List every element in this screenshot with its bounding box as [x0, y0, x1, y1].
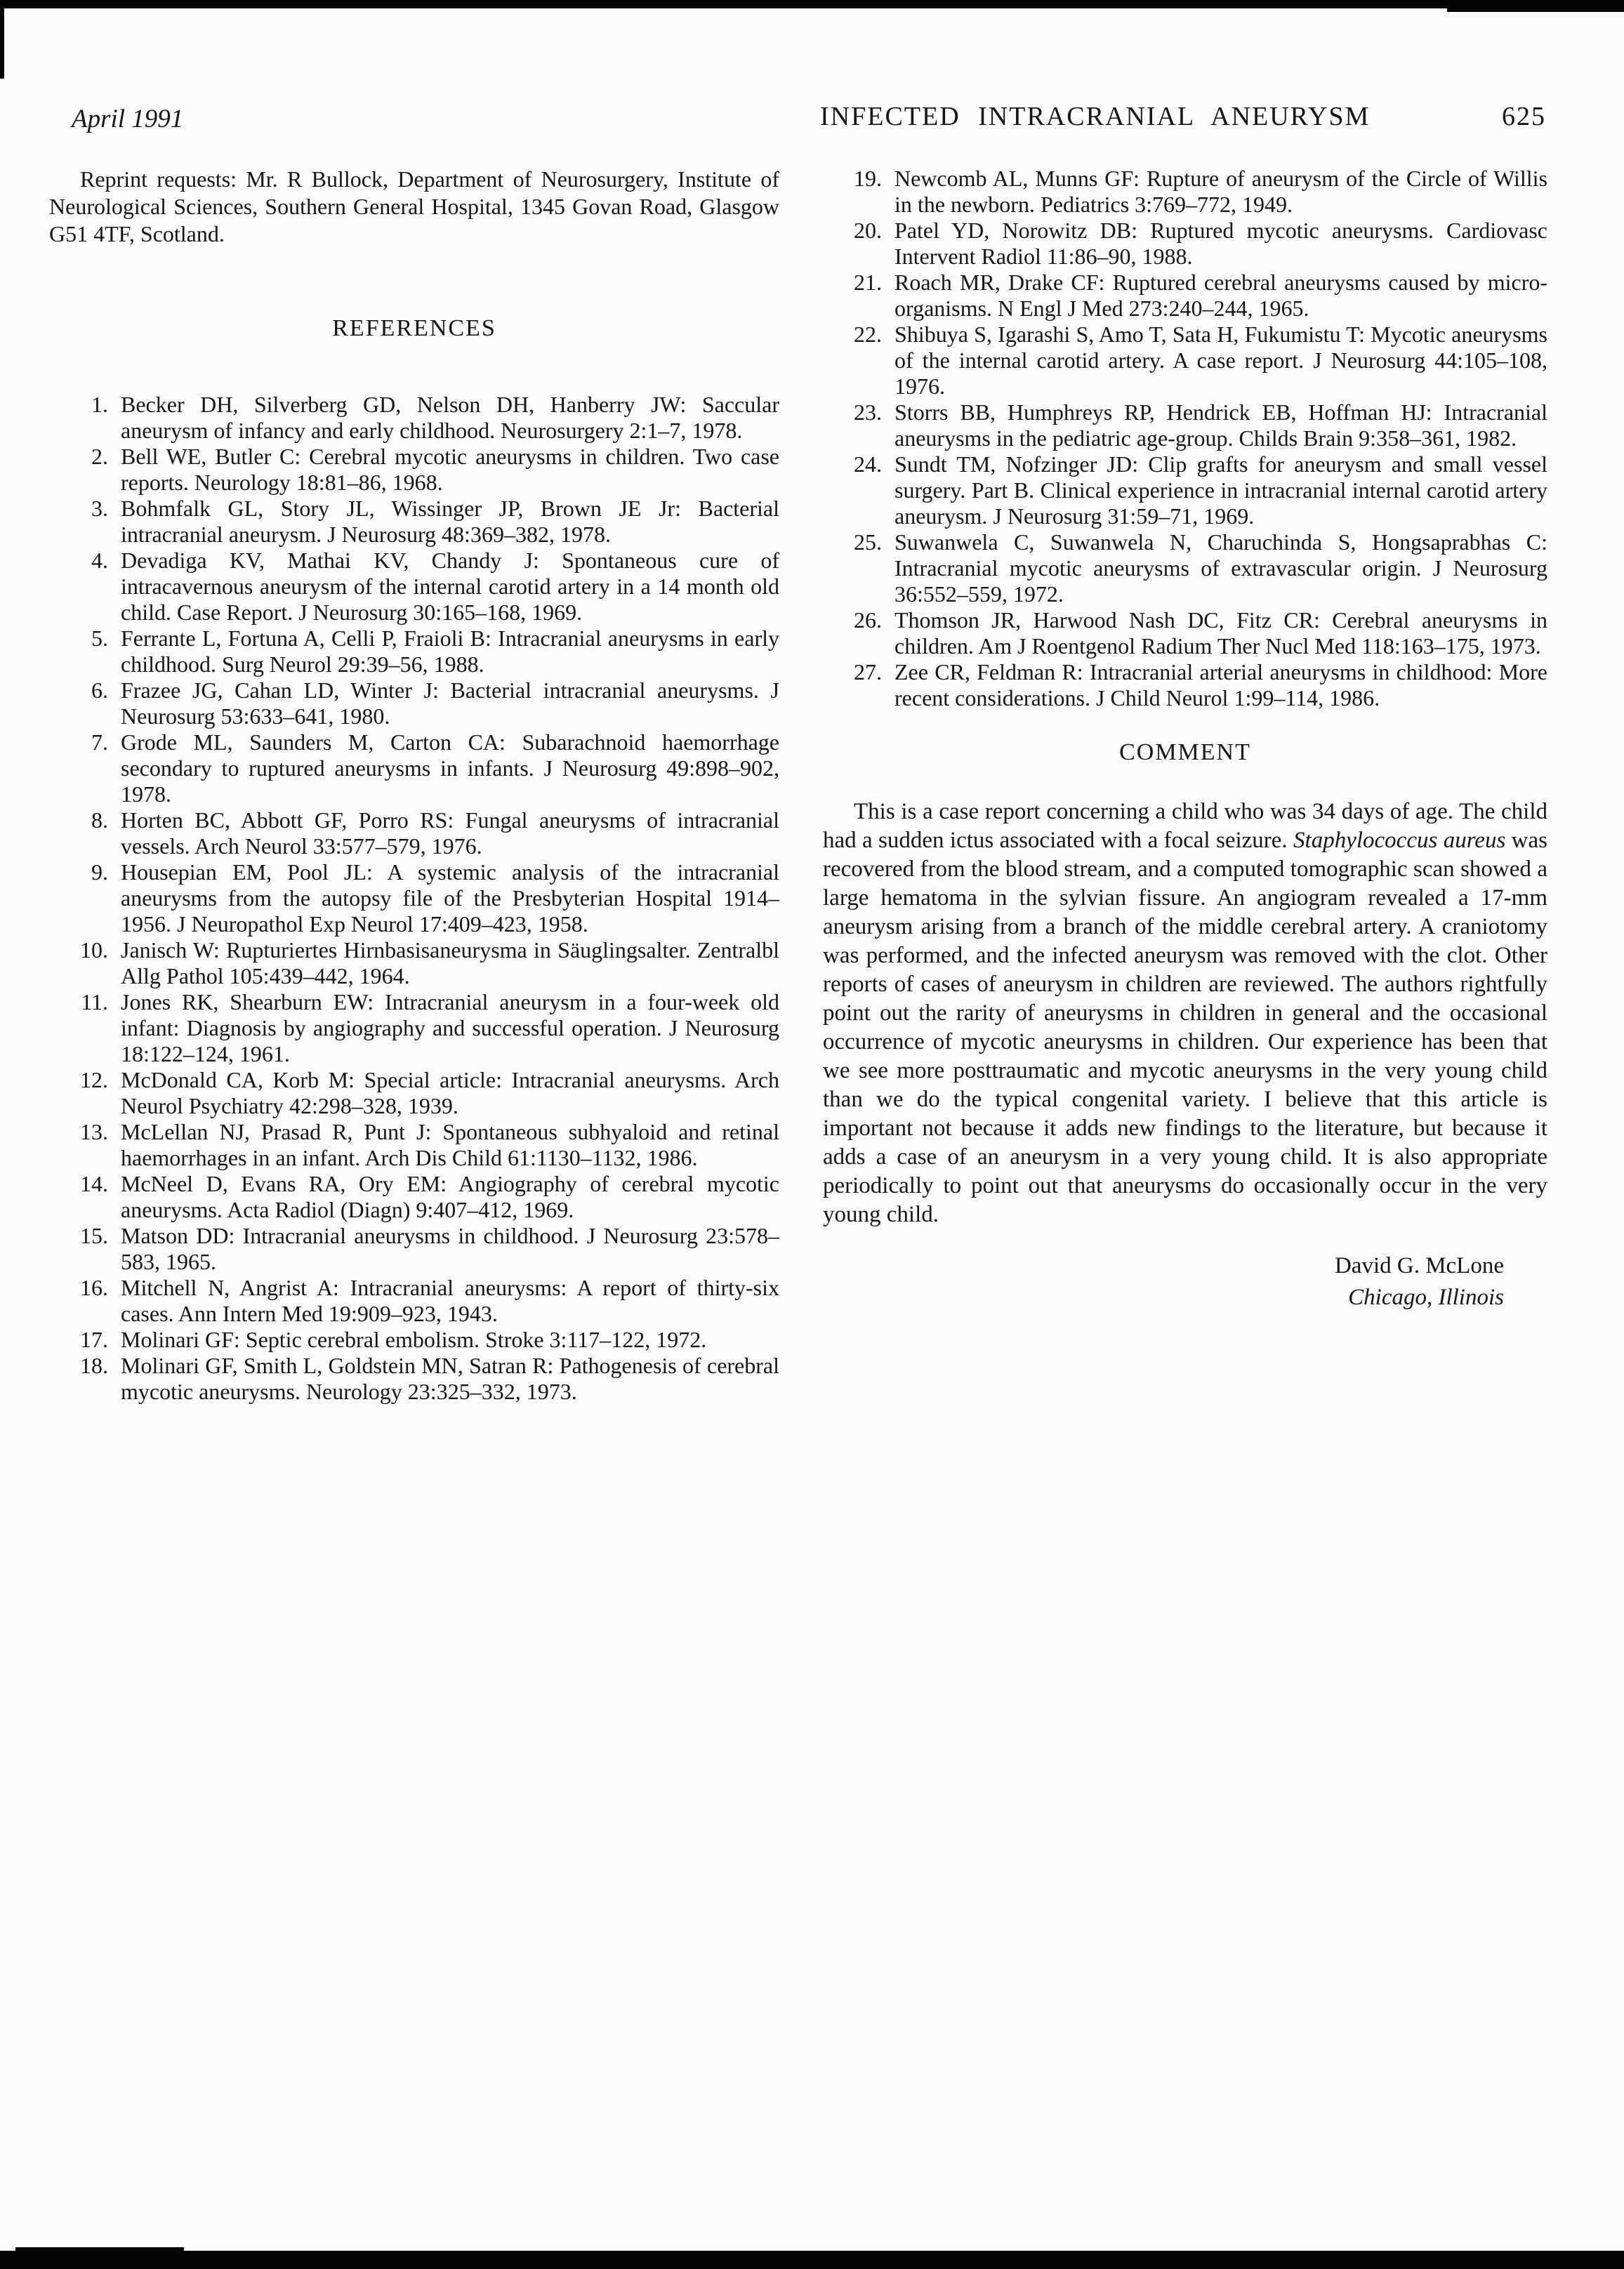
reference-item: 18.Molinari GF, Smith L, Goldstein MN, S… [49, 1353, 779, 1405]
running-head: INFECTED INTRACRANIAL ANEURYSM 625 [820, 101, 1546, 132]
reference-number: 10. [49, 937, 108, 963]
reference-text: Bell WE, Butler C: Cerebral mycotic aneu… [121, 444, 779, 495]
reference-item: 11.Jones RK, Shearburn EW: Intracranial … [49, 989, 779, 1067]
reference-text: Molinari GF, Smith L, Goldstein MN, Satr… [121, 1353, 779, 1404]
reference-item: 25.Suwanwela C, Suwanwela N, Charuchinda… [823, 529, 1547, 607]
comment-paragraph: This is a case report concerning a child… [823, 798, 1547, 1229]
reference-item: 7.Grode ML, Saunders M, Carton CA: Subar… [49, 729, 779, 807]
reference-text: Sundt TM, Nofzinger JD: Clip grafts for … [894, 451, 1547, 529]
reference-number: 11. [49, 989, 108, 1015]
reference-text: Becker DH, Silverberg GD, Nelson DH, Han… [121, 392, 779, 443]
reference-item: 5.Ferrante L, Fortuna A, Celli P, Fraiol… [49, 626, 779, 677]
reference-text: Ferrante L, Fortuna A, Celli P, Fraioli … [121, 626, 779, 677]
references-list-left: 1.Becker DH, Silverberg GD, Nelson DH, H… [49, 392, 779, 1405]
reference-number: 16. [49, 1275, 108, 1301]
reference-text: Molinari GF: Septic cerebral embolism. S… [121, 1327, 706, 1352]
left-column: Reprint requests: Mr. R Bullock, Departm… [49, 166, 779, 1405]
page-number: 625 [1502, 101, 1546, 132]
reference-text: Suwanwela C, Suwanwela N, Charuchinda S,… [894, 529, 1547, 607]
reference-item: 1.Becker DH, Silverberg GD, Nelson DH, H… [49, 392, 779, 444]
references-list-right: 19.Newcomb AL, Munns GF: Rupture of aneu… [823, 166, 1547, 711]
signature-block: David G. McLone Chicago, Illinois [823, 1250, 1547, 1314]
reference-item: 15.Matson DD: Intracranial aneurysms in … [49, 1223, 779, 1275]
reference-text: Frazee JG, Cahan LD, Winter J: Bacterial… [121, 677, 779, 729]
reference-text: McDonald CA, Korb M: Special article: In… [121, 1067, 779, 1118]
reference-text: McNeel D, Evans RA, Ory EM: Angiography … [121, 1171, 779, 1222]
comment-text-segment: was recovered from the blood stream, and… [823, 828, 1547, 1227]
reference-number: 1. [49, 392, 108, 418]
reference-number: 18. [49, 1353, 108, 1379]
reference-text: Shibuya S, Igarashi S, Amo T, Sata H, Fu… [894, 322, 1547, 399]
reference-text: Janisch W: Rupturiertes Hirnbasisaneurys… [121, 937, 779, 988]
reference-item: 3.Bohmfalk GL, Story JL, Wissinger JP, B… [49, 496, 779, 548]
references-heading: REFERENCES [49, 315, 779, 341]
reference-number: 17. [49, 1327, 108, 1353]
reference-item: 23.Storrs BB, Humphreys RP, Hendrick EB,… [823, 399, 1547, 451]
reference-text: Matson DD: Intracranial aneurysms in chi… [121, 1223, 779, 1274]
reference-item: 24.Sundt TM, Nofzinger JD: Clip grafts f… [823, 451, 1547, 529]
reference-item: 4.Devadiga KV, Mathai KV, Chandy J: Spon… [49, 548, 779, 626]
reference-item: 8.Horten BC, Abbott GF, Porro RS: Fungal… [49, 807, 779, 859]
reference-text: Mitchell N, Angrist A: Intracranial aneu… [121, 1275, 779, 1326]
running-title: INFECTED INTRACRANIAL ANEURYSM [820, 101, 1370, 132]
comment-heading: COMMENT [823, 739, 1547, 765]
issue-date: April 1991 [72, 104, 183, 134]
reference-text: Zee CR, Feldman R: Intracranial arterial… [894, 659, 1547, 710]
reference-item: 16.Mitchell N, Angrist A: Intracranial a… [49, 1275, 779, 1327]
reference-number: 20. [823, 218, 882, 244]
reference-text: Devadiga KV, Mathai KV, Chandy J: Sponta… [121, 548, 779, 625]
reference-number: 21. [823, 270, 882, 296]
reference-item: 20.Patel YD, Norowitz DB: Ruptured mycot… [823, 218, 1547, 270]
reference-number: 22. [823, 322, 882, 348]
reference-number: 25. [823, 529, 882, 555]
right-column: 19.Newcomb AL, Munns GF: Rupture of aneu… [823, 166, 1547, 1314]
reference-item: 9.Housepian EM, Pool JL: A systemic anal… [49, 859, 779, 937]
reference-number: 26. [823, 607, 882, 633]
reference-item: 21.Roach MR, Drake CF: Ruptured cerebral… [823, 270, 1547, 322]
reference-item: 10.Janisch W: Rupturiertes Hirnbasisaneu… [49, 937, 779, 989]
reference-number: 12. [49, 1067, 108, 1093]
reprint-requests-paragraph: Reprint requests: Mr. R Bullock, Departm… [49, 166, 779, 248]
reference-item: 2.Bell WE, Butler C: Cerebral mycotic an… [49, 444, 779, 496]
reference-text: Patel YD, Norowitz DB: Ruptured mycotic … [894, 218, 1547, 269]
reference-number: 13. [49, 1119, 108, 1145]
reference-text: Housepian EM, Pool JL: A systemic analys… [121, 859, 779, 937]
reference-item: 26.Thomson JR, Harwood Nash DC, Fitz CR:… [823, 607, 1547, 659]
reference-item: 14.McNeel D, Evans RA, Ory EM: Angiograp… [49, 1171, 779, 1223]
reference-item: 17.Molinari GF: Septic cerebral embolism… [49, 1327, 779, 1353]
reference-item: 22.Shibuya S, Igarashi S, Amo T, Sata H,… [823, 322, 1547, 399]
reference-number: 8. [49, 807, 108, 833]
reference-number: 9. [49, 859, 108, 885]
reference-text: Horten BC, Abbott GF, Porro RS: Fungal a… [121, 807, 779, 859]
reference-text: Roach MR, Drake CF: Ruptured cerebral an… [894, 270, 1547, 321]
reference-item: 27.Zee CR, Feldman R: Intracranial arter… [823, 659, 1547, 711]
reference-number: 15. [49, 1223, 108, 1249]
reference-number: 7. [49, 729, 108, 755]
reference-number: 6. [49, 677, 108, 703]
journal-page: April 1991 INFECTED INTRACRANIAL ANEURYS… [0, 0, 1624, 2269]
reference-text: Newcomb AL, Munns GF: Rupture of aneurys… [894, 166, 1547, 217]
reference-text: Thomson JR, Harwood Nash DC, Fitz CR: Ce… [894, 607, 1547, 659]
reference-number: 19. [823, 166, 882, 192]
reference-number: 27. [823, 659, 882, 685]
reference-item: 19.Newcomb AL, Munns GF: Rupture of aneu… [823, 166, 1547, 218]
reference-number: 23. [823, 399, 882, 425]
scan-border-top-right [1447, 0, 1624, 12]
reference-text: Bohmfalk GL, Story JL, Wissinger JP, Bro… [121, 496, 779, 547]
species-name-italic: Staphylococcus aureus [1293, 828, 1505, 853]
reference-number: 2. [49, 444, 108, 470]
reference-number: 3. [49, 496, 108, 522]
reference-item: 13.McLellan NJ, Prasad R, Punt J: Sponta… [49, 1119, 779, 1171]
scan-border-bottom-bump [15, 2247, 184, 2252]
reference-text: Jones RK, Shearburn EW: Intracranial ane… [121, 989, 779, 1066]
scan-border-bottom [0, 2251, 1624, 2269]
signature-location: Chicago, Illinois [823, 1282, 1504, 1314]
reference-number: 14. [49, 1171, 108, 1197]
reference-item: 12.McDonald CA, Korb M: Special article:… [49, 1067, 779, 1119]
reference-item: 6.Frazee JG, Cahan LD, Winter J: Bacteri… [49, 677, 779, 729]
reference-text: McLellan NJ, Prasad R, Punt J: Spontaneo… [121, 1119, 779, 1170]
scan-border-left [0, 0, 4, 79]
reference-text: Storrs BB, Humphreys RP, Hendrick EB, Ho… [894, 399, 1547, 451]
reference-number: 24. [823, 451, 882, 477]
reference-text: Grode ML, Saunders M, Carton CA: Subarac… [121, 729, 779, 807]
signature-name: David G. McLone [823, 1250, 1504, 1282]
scan-border-top [0, 0, 1624, 8]
reference-number: 5. [49, 626, 108, 651]
reference-number: 4. [49, 548, 108, 574]
